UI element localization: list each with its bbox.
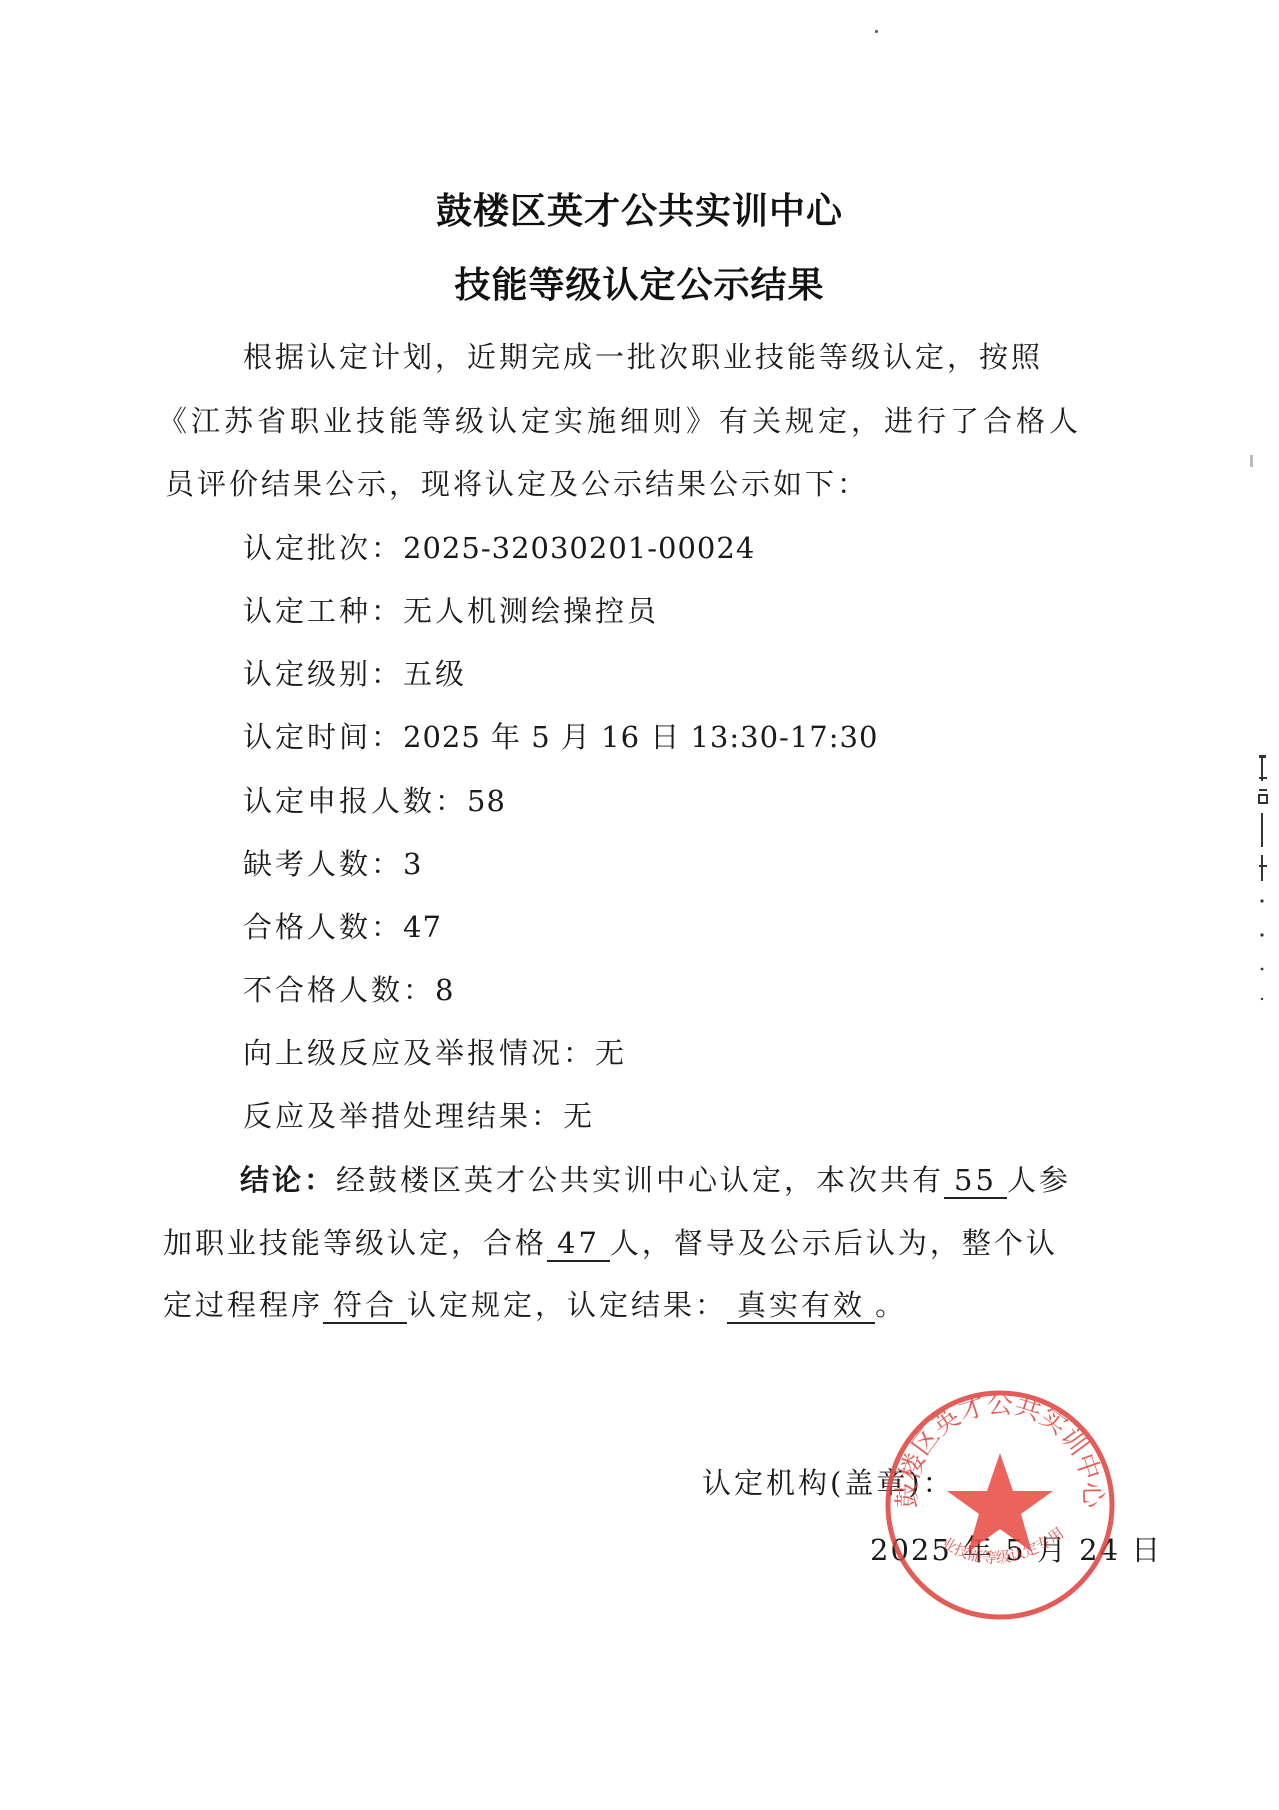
field-time: 认定时间：2025 年 5 月 16 日 13:30-17:30 <box>243 715 878 756</box>
document-title: 鼓楼区英才公共实训中心 <box>0 183 1279 234</box>
conclusion-text: 认定规定，认定结果： <box>407 1288 727 1322</box>
conclusion-line-1: 结论：经鼓楼区英才公共实训中心认定，本次共有55人参 <box>240 1158 1071 1199</box>
field-label: 认定级别： <box>243 657 403 691</box>
field-label: 合格人数： <box>243 910 403 944</box>
scan-mark <box>1250 455 1253 467</box>
field-absent: 缺考人数：3 <box>243 842 422 883</box>
conclusion-text: 。 <box>875 1288 907 1322</box>
scan-speck <box>875 30 878 33</box>
conclusion-text: 定过程程序 <box>163 1288 323 1322</box>
conclusion-text: 经鼓楼区英才公共实训中心认定，本次共有 <box>336 1163 944 1197</box>
field-value: 47 <box>403 910 442 944</box>
conclusion-label: 结论： <box>240 1163 336 1197</box>
field-applicants: 认定申报人数：58 <box>243 779 506 820</box>
document-subtitle: 技能等级认定公示结果 <box>0 257 1279 308</box>
intro-line-1: 根据认定计划，近期完成一批次职业技能等级认定，按照 <box>243 335 1043 376</box>
field-value: 2025-32030201-00024 <box>403 531 755 565</box>
field-value: 58 <box>467 784 506 818</box>
field-label: 不合格人数： <box>243 973 435 1007</box>
compliance-blank: 符合 <box>323 1290 407 1324</box>
intro-line-2: 《江苏省职业技能等级认定实施细则》有关规定，进行了合格人 <box>158 399 1082 440</box>
field-label: 认定批次： <box>243 531 403 565</box>
signature-date: 2025 年 5 月 24 日 <box>870 1528 1162 1569</box>
field-batch: 认定批次：2025-32030201-00024 <box>243 526 755 567</box>
field-level: 认定级别：五级 <box>243 652 467 693</box>
field-value: 3 <box>403 847 422 881</box>
bleed-through-marks <box>1256 755 1270 1015</box>
participants-blank: 55 <box>944 1165 1007 1199</box>
field-occupation: 认定工种：无人机测绘操控员 <box>243 589 659 630</box>
intro-line-3: 员评价结果公示，现将认定及公示结果公示如下： <box>165 462 869 503</box>
field-value: 8 <box>435 973 454 1007</box>
field-label: 认定时间： <box>243 720 403 754</box>
field-value: 无人机测绘操控员 <box>403 594 659 628</box>
field-passed: 合格人数：47 <box>243 905 442 946</box>
field-label: 缺考人数： <box>243 847 403 881</box>
conclusion-text: 加职业技能等级认定，合格 <box>163 1226 547 1260</box>
result-blank: 真实有效 <box>727 1290 875 1324</box>
field-value: 2025 年 5 月 16 日 13:30-17:30 <box>403 720 878 754</box>
field-value: 五级 <box>403 657 467 691</box>
field-handling: 反应及举措处理结果：无 <box>243 1094 595 1135</box>
field-failed: 不合格人数：8 <box>243 968 454 1009</box>
field-label: 认定工种： <box>243 594 403 628</box>
official-seal-icon: 鼓楼区英才公共实训中心 职业技能等级认定专用章 <box>880 1385 1120 1625</box>
field-label: 反应及举措处理结果： <box>243 1099 563 1133</box>
signature-label: 认定机构(盖章)： <box>702 1461 955 1502</box>
conclusion-text: 人，督导及公示后认为，整个认 <box>610 1226 1058 1260</box>
field-label: 认定申报人数： <box>243 784 467 818</box>
conclusion-line-2: 加职业技能等级认定，合格47人，督导及公示后认为，整个认 <box>163 1221 1058 1262</box>
conclusion-text: 人参 <box>1007 1163 1071 1197</box>
field-label: 向上级反应及举报情况： <box>243 1036 595 1070</box>
passed-blank: 47 <box>547 1228 610 1262</box>
field-value: 无 <box>595 1036 627 1070</box>
field-value: 无 <box>563 1099 595 1133</box>
field-reports: 向上级反应及举报情况：无 <box>243 1031 627 1072</box>
conclusion-line-3: 定过程程序符合认定规定，认定结果：真实有效。 <box>163 1283 907 1324</box>
